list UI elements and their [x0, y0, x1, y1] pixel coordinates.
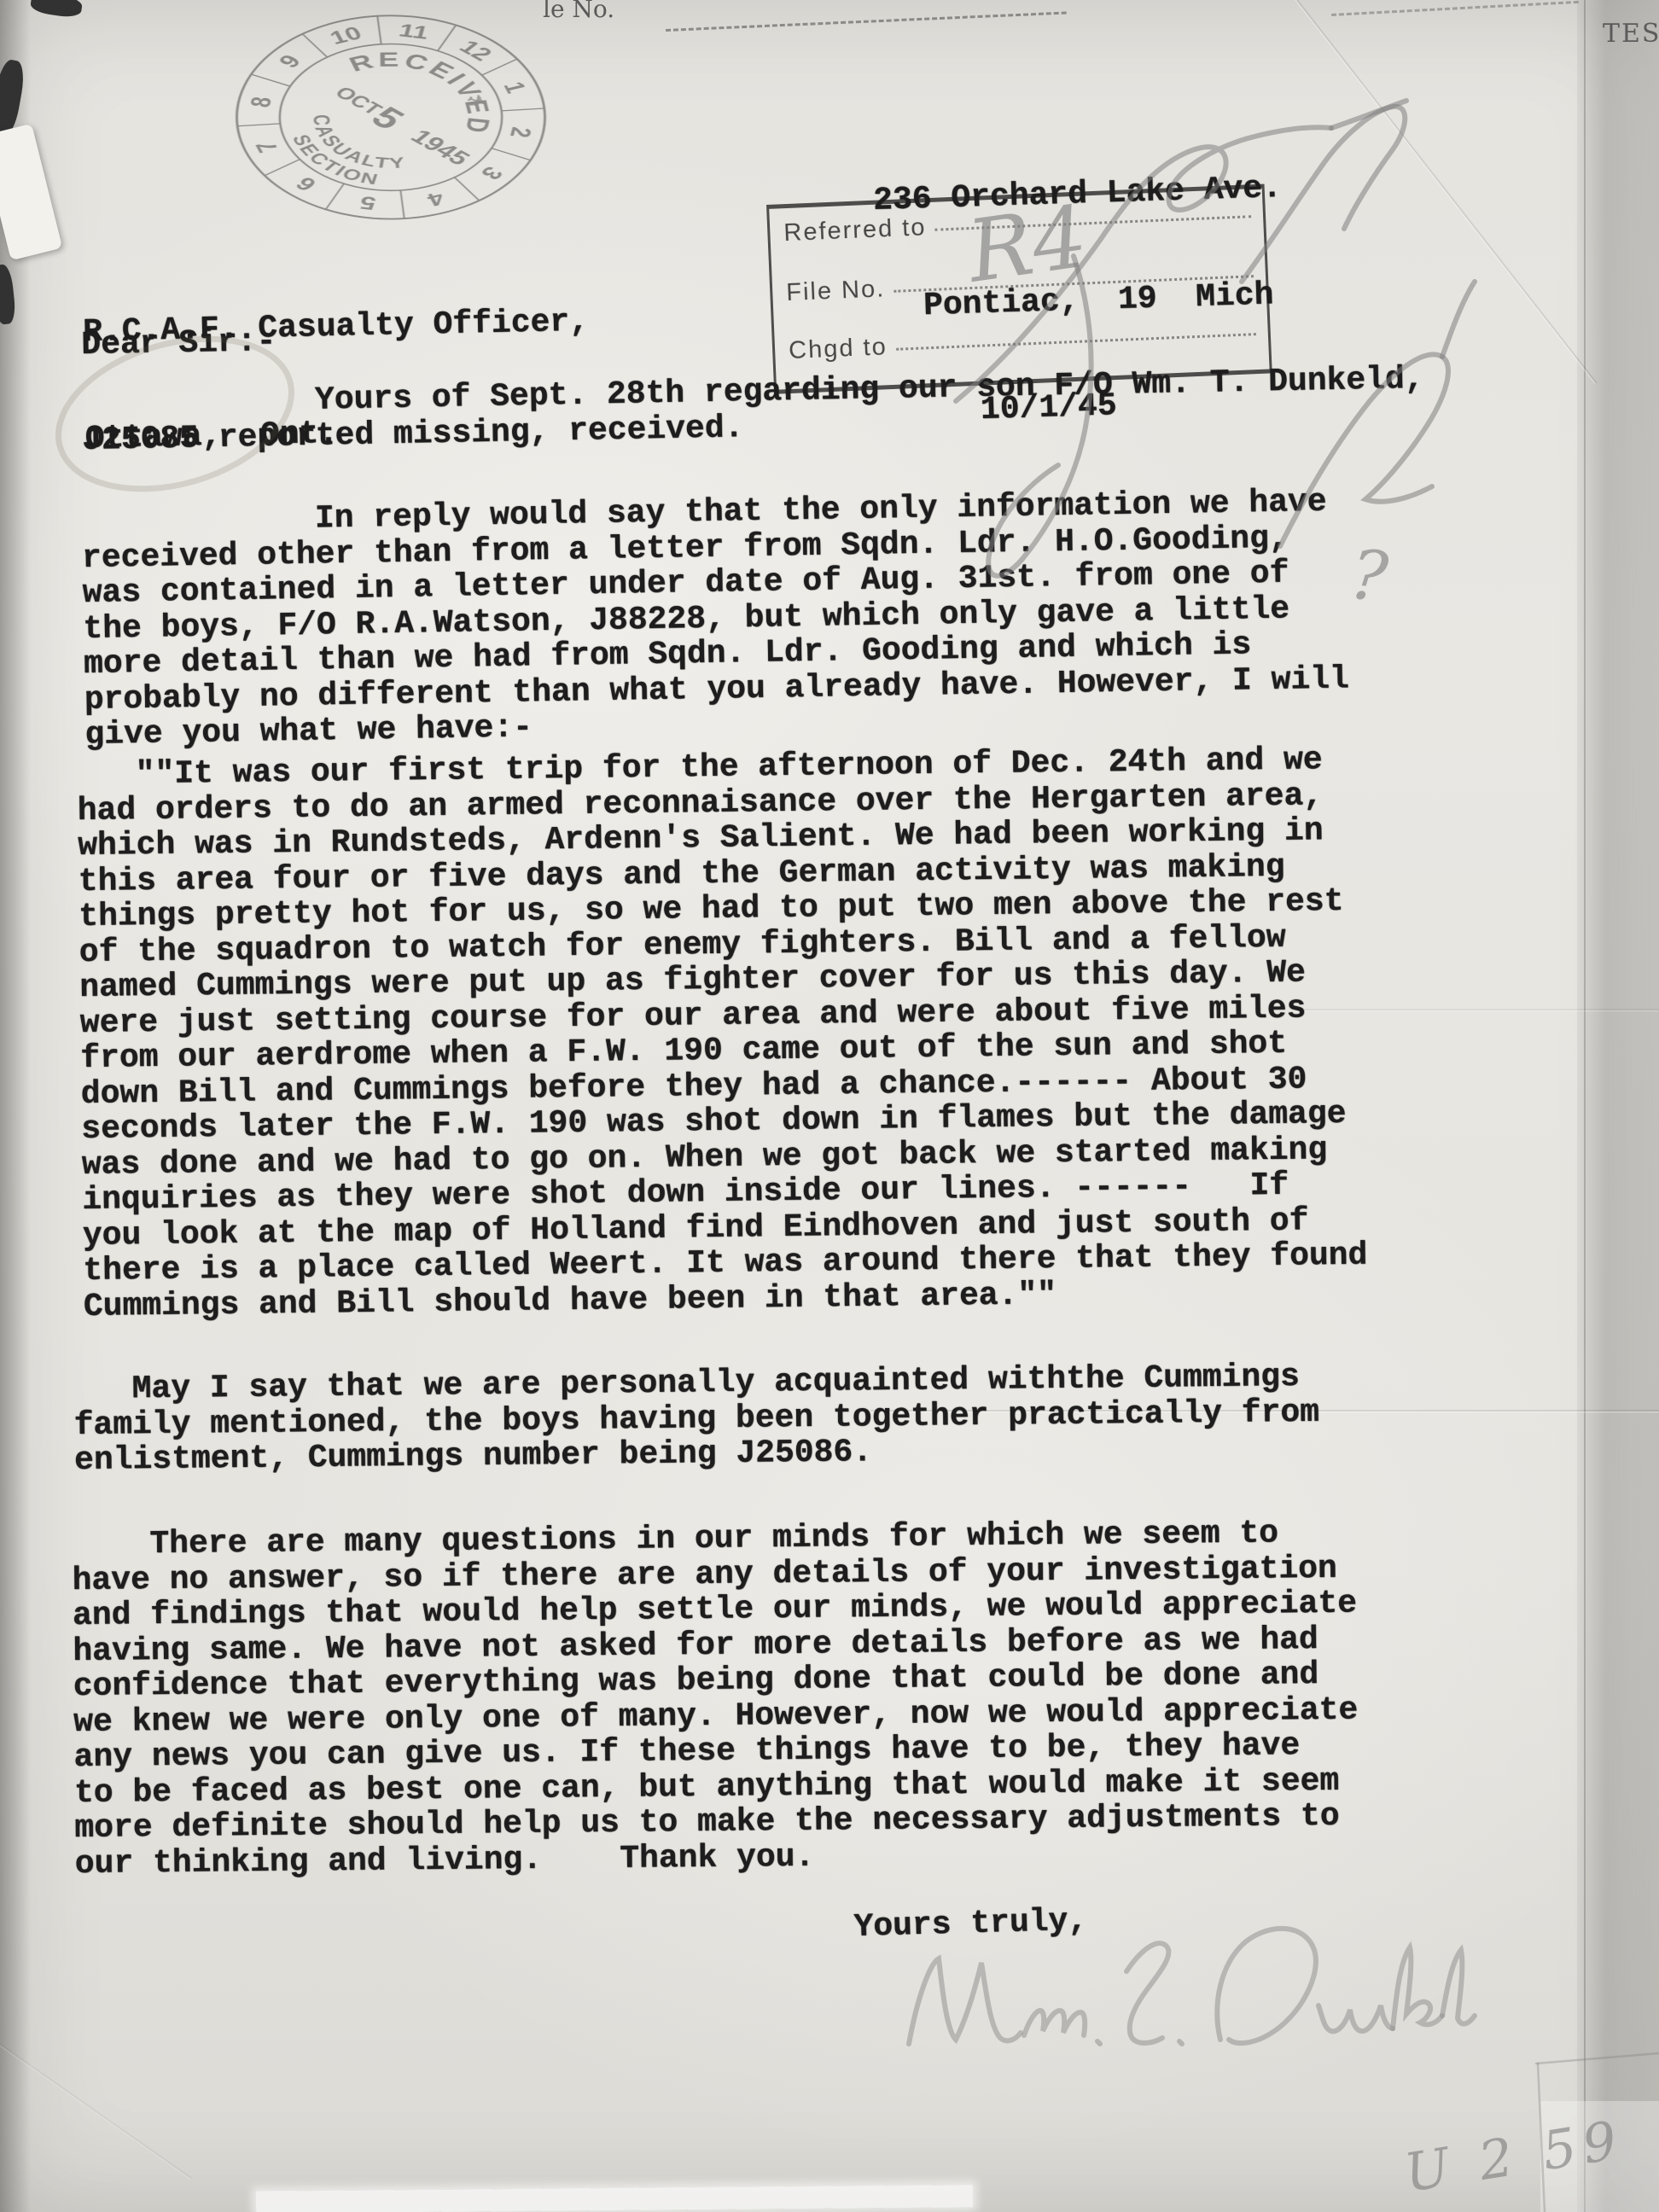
dial-number: 6 — [290, 173, 322, 195]
dial-number: 8 — [244, 96, 277, 109]
dial-number: 11 — [397, 20, 431, 44]
partial-right-page-text: TES — [1603, 19, 1659, 49]
adjacent-page-edge — [1577, 0, 1659, 2212]
dial-number: 4 — [422, 188, 448, 211]
torn-edge-notch — [30, 0, 84, 19]
fold-crease — [1270, 0, 1597, 384]
torn-paper-flap — [0, 124, 62, 261]
torn-bottom-edge — [256, 2185, 973, 2212]
sender-address-line2: Pontiac, 19 Mich — [876, 276, 1286, 325]
dial-number: 2 — [504, 125, 538, 139]
dial-number: 5 — [358, 192, 378, 214]
paragraph-4: May I say that we are personally acquain… — [73, 1359, 1320, 1479]
dial-number: 3 — [475, 163, 509, 184]
scanned-letter-page: le No. TES 1 — [0, 0, 1659, 2212]
received-stamp: 1 2 3 4 5 6 7 8 9 10 11 12 RECEIVED — [229, 10, 553, 224]
dial-number: 7 — [249, 139, 284, 155]
dial-number: 10 — [326, 22, 365, 49]
received-stamp-graphic: 1 2 3 4 5 6 7 8 9 10 11 12 RECEIVED — [229, 10, 553, 224]
partial-dotted-rule — [666, 11, 1067, 31]
dial-number: 9 — [273, 50, 307, 72]
adjacent-page-edge-line — [1584, 0, 1586, 2212]
underlying-page-corner — [1540, 2101, 1659, 2212]
pencil-question-mark: ? — [1347, 534, 1392, 617]
file-no-label: File No. — [786, 276, 886, 306]
paragraph-2: In reply would say that the only informa… — [81, 484, 1350, 753]
closing: Yours truly, — [853, 1903, 1088, 1945]
sender-address-line1: 236 Orchard Lake Ave. — [873, 171, 1283, 219]
left-edge-shadow — [0, 0, 31, 2212]
paragraph-5: There are many questions in our minds fo… — [72, 1516, 1359, 1882]
paragraph-3-quoted-account: ""It was our first trip for the afternoo… — [77, 742, 1368, 1324]
dial-number: 1 — [498, 79, 533, 96]
signature — [909, 1929, 1475, 2044]
salutation: Dear Sir:- — [81, 324, 276, 363]
partial-form-label: le No. — [543, 0, 614, 23]
chgd-to-label: Chgd to — [789, 334, 888, 364]
partial-dotted-rule — [1331, 1, 1579, 16]
